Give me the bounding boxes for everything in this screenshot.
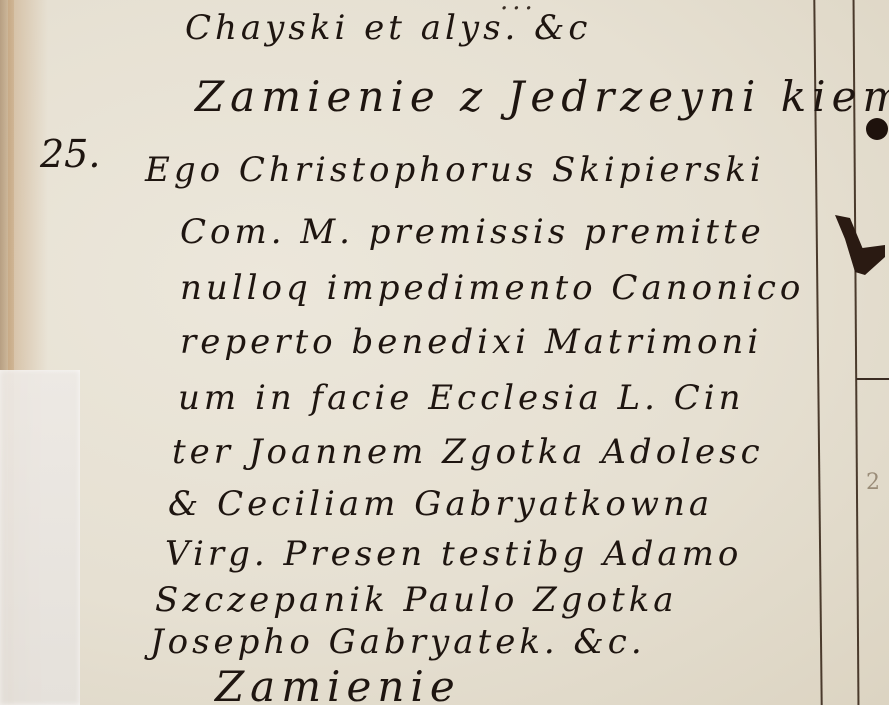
ink-dot [866, 118, 888, 140]
ink-blot [835, 215, 885, 275]
margin-horizontal-rule [856, 378, 889, 380]
text-line-1: Chayski et alys. &c [185, 8, 591, 48]
text-line-5: nulloq impedimento Canonico [180, 268, 804, 308]
text-line-9: & Ceciliam Gabryatkowna [168, 484, 713, 524]
text-line-3: Ego Christophorus Skipierski [145, 150, 765, 190]
entry-number: 25. [40, 132, 100, 176]
section-heading-zamienie-2: Zamienie [215, 662, 461, 705]
text-line-4: Com. M. premissis premitte [180, 212, 765, 252]
repair-tape [0, 370, 80, 705]
text-line-8: ter Joannem Zgotka Adolesc [172, 432, 764, 472]
text-line-10: Virg. Presen testibg Adamo [165, 534, 742, 574]
text-line-12: Josepho Gabryatek. &c. [150, 622, 646, 662]
manuscript-page: 2 ... Chayski et alys. &c Zamienie z Jed… [0, 0, 889, 705]
right-margin-number: 2 [866, 470, 880, 495]
text-line-11: Szczepanik Paulo Zgotka [155, 580, 678, 620]
text-line-6: reperto benedixi Matrimoni [180, 322, 762, 362]
text-line-7: um in facie Ecclesia L. Cin [178, 378, 745, 418]
section-heading-zamienie: Zamienie z Jedrzeyni kiem [195, 72, 889, 121]
